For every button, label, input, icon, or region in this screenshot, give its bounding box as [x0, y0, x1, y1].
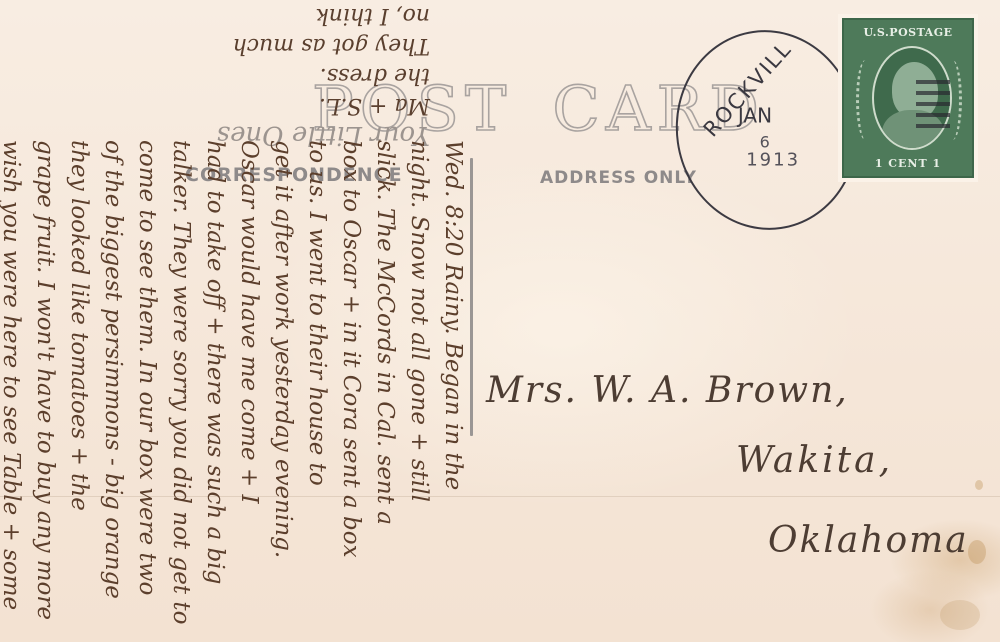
cancellation-bars-icon: [916, 80, 950, 130]
message-line: Oscar would have me come + I: [232, 140, 266, 640]
message-line: night. Snow not all gone + still: [402, 140, 436, 640]
postmark-month: JAN: [738, 104, 772, 128]
message-line: get it after work yesterday evening.: [266, 140, 300, 640]
message-line: grape fruit. I won't have to buy any mor…: [28, 140, 62, 640]
center-divider-line: [470, 158, 473, 436]
message-line: come to see them. In our box were two: [130, 140, 164, 640]
upside-down-note: Your Little Ones Ma + S.L. the dress. Th…: [190, 0, 430, 150]
postmark-year: 1913: [746, 149, 800, 170]
age-stain: [940, 600, 980, 630]
message-line: they looked like tomatoes + the: [62, 140, 96, 640]
message-line: box to Oscar + in it Cora sent a box: [334, 140, 368, 640]
recipient-city: Wakita,: [736, 440, 893, 481]
address-only-label: ADDRESS ONLY: [540, 168, 697, 188]
recipient-state: Oklahoma: [768, 520, 969, 561]
message-line: Wed. 8:20 Rainy. Began in the: [436, 140, 470, 640]
message-line: slick. The McCords in Cal. sent a: [368, 140, 402, 640]
message-line: wish you were here to see Table + some: [0, 140, 28, 640]
stamp-top-text: U.S.POSTAGE: [844, 26, 972, 39]
age-stain: [968, 540, 986, 564]
note-line: no, I think: [190, 0, 430, 30]
message-line: had to take off + there was such a big: [198, 140, 232, 640]
postage-stamp: U.S.POSTAGE 1 CENT 1: [838, 14, 978, 182]
message-line: of the biggest persimmons - big orange: [96, 140, 130, 640]
message-line: talker. They were sorry you did not get …: [164, 140, 198, 640]
postcard-back: POSTCARD CORRESPONDENCE ADDRESS ONLY You…: [0, 0, 1000, 642]
note-line: They got as much: [190, 30, 430, 60]
note-line: the dress.: [190, 60, 430, 90]
recipient-name: Mrs. W. A. Brown,: [486, 370, 849, 411]
stamp-face: U.S.POSTAGE 1 CENT 1: [842, 18, 974, 178]
handwritten-message: Wed. 8:20 Rainy. Began in the night. Sno…: [0, 140, 470, 640]
message-line: to us. I went to their house to: [300, 140, 334, 640]
stamp-denomination: 1 CENT 1: [844, 157, 972, 170]
note-line: Ma + S.L.: [190, 90, 430, 120]
age-stain: [975, 480, 983, 490]
